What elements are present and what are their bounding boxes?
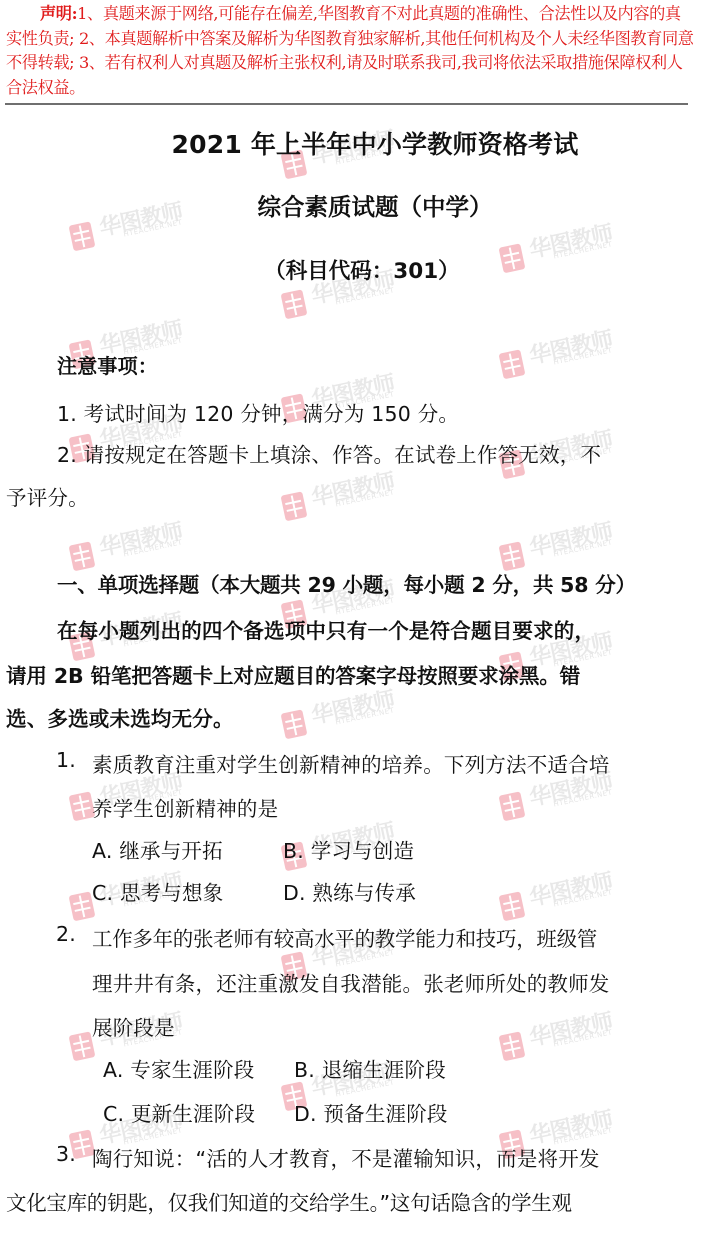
question-text-line: 展阶段是	[92, 1011, 175, 1041]
notice-item-2-line-2: 予评分。	[6, 481, 89, 511]
option-b[interactable]: B. 退缩生涯阶段	[294, 1053, 446, 1083]
option-a[interactable]: A. 专家生涯阶段	[103, 1053, 255, 1083]
disclaimer-lead: 声明:	[40, 4, 77, 23]
notice-item-2-line-1: 2. 请按规定在答题卡上填涂、作答。在试卷上作答无效，不	[57, 438, 601, 468]
option-d[interactable]: D. 预备生涯阶段	[294, 1097, 448, 1127]
notice-item-1: 1. 考试时间为 120 分钟，满分为 150 分。	[57, 397, 459, 427]
section-heading: 一、单项选择题（本大题共 29 小题，每小题 2 分，共 58 分）	[57, 568, 636, 598]
disclaimer-text: 1、真题来源于网络,可能存在偏差,华图教育不对此真题的准确性、合法性以及内容的真…	[6, 4, 694, 97]
disclaimer: 声明:1、真题来源于网络,可能存在偏差,华图教育不对此真题的准确性、合法性以及内…	[6, 2, 696, 100]
section-instruction-line-1: 在每小题列出的四个备选项中只有一个是符合题目要求的，	[57, 614, 595, 644]
option-a[interactable]: A. 继承与开拓	[92, 834, 223, 864]
question-number: 2.	[56, 922, 76, 946]
section-instruction-line-2: 请用 2B 铅笔把答题卡上对应题目的答案字母按照要求涂黑。错	[6, 659, 580, 689]
subject-code: （科目代码：301）	[0, 254, 714, 285]
exam-title: 2021 年上半年中小学教师资格考试	[0, 125, 714, 161]
exam-page: 声明:1、真题来源于网络,可能存在偏差,华图教育不对此真题的准确性、合法性以及内…	[0, 0, 714, 1236]
option-b[interactable]: B. 学习与创造	[283, 834, 414, 864]
question-text-line: 文化宝库的钥匙，仅我们知道的交给学生。”这句话隐含的学生观	[6, 1186, 572, 1216]
question-text-line: 工作多年的张老师有较高水平的教学能力和技巧，班级管	[92, 922, 597, 952]
question-text-line: 养学生创新精神的是	[92, 792, 278, 822]
question-text-line: 素质教育注重对学生创新精神的培养。下列方法不适合培	[92, 748, 610, 778]
header-divider	[5, 103, 688, 105]
question-number: 3.	[56, 1142, 76, 1166]
question-number: 1.	[56, 748, 76, 772]
option-d[interactable]: D. 熟练与传承	[283, 876, 416, 906]
exam-subtitle: 综合素质试题（中学）	[0, 188, 714, 222]
option-c[interactable]: C. 更新生涯阶段	[103, 1097, 255, 1127]
option-c[interactable]: C. 思考与想象	[92, 876, 223, 906]
question-text-line: 陶行知说：“活的人才教育，不是灌输知识，而是将开发	[92, 1142, 600, 1172]
notice-heading: 注意事项：	[57, 350, 158, 379]
section-instruction-line-3: 选、多选或未选均无分。	[6, 702, 234, 732]
question-text-line: 理井井有条，还注重激发自我潜能。张老师所处的教师发	[92, 967, 610, 997]
